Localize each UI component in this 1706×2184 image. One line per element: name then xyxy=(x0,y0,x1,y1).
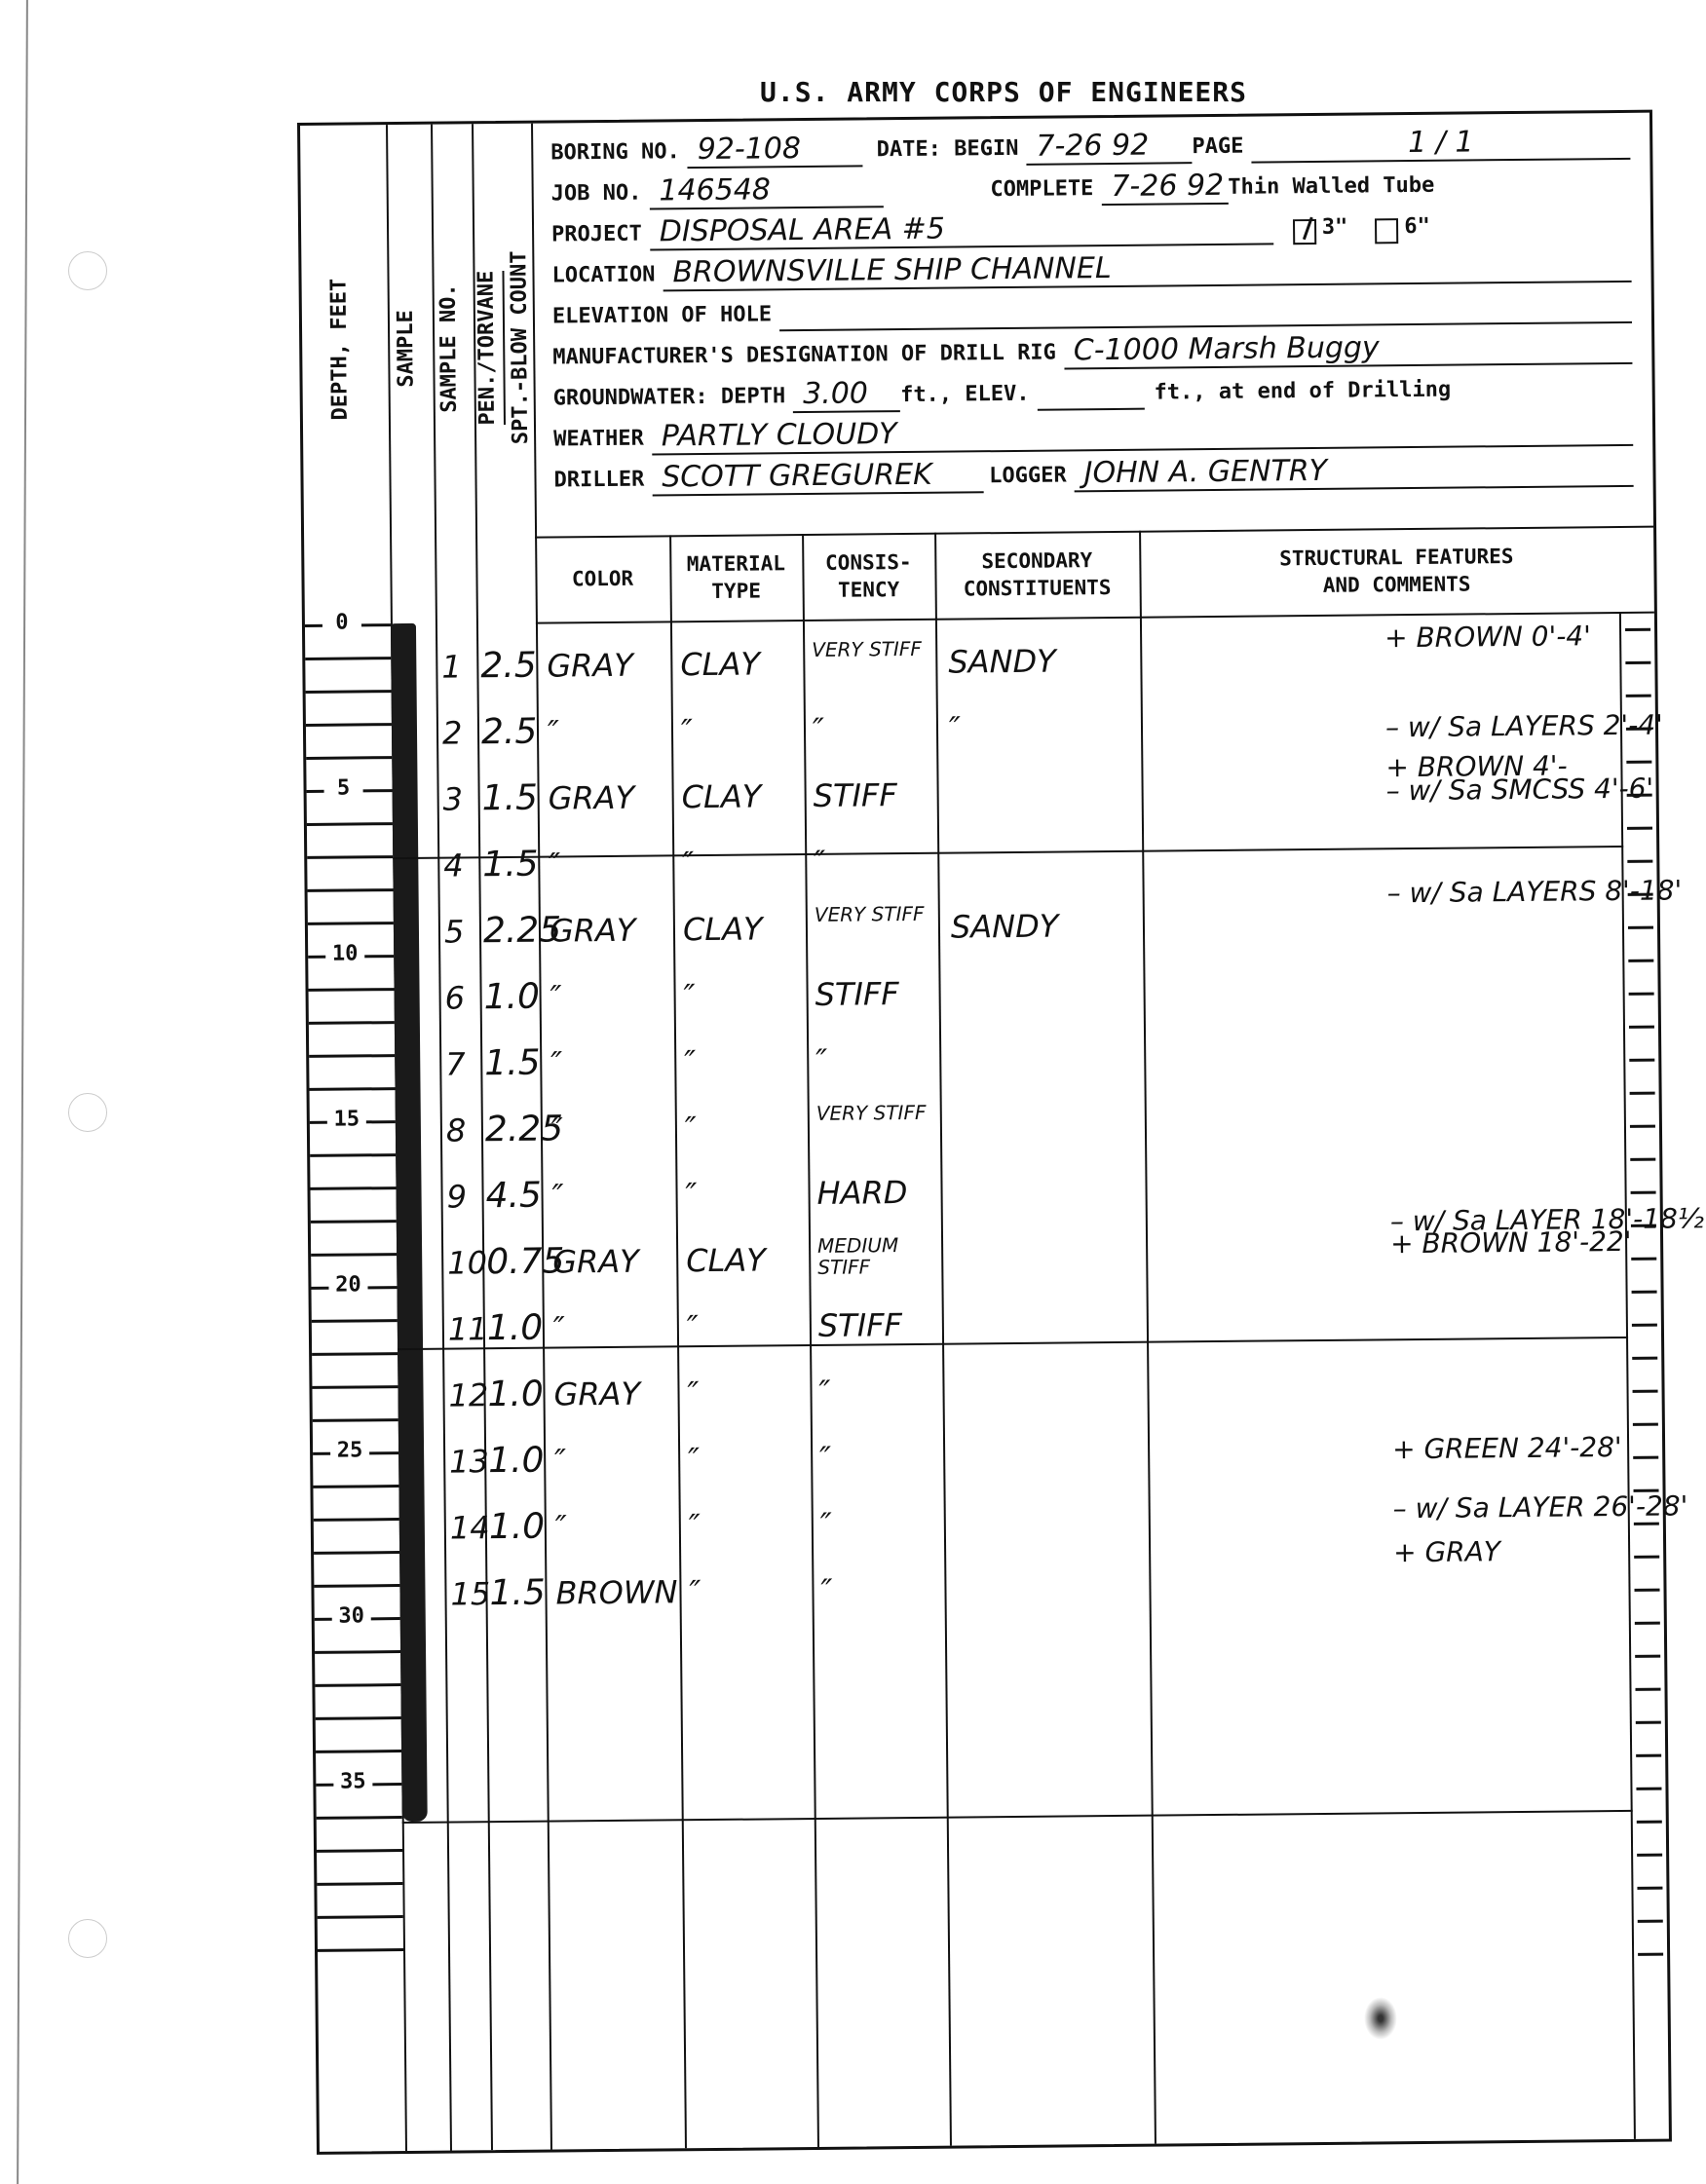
boring-no-label: BORING NO. xyxy=(550,135,688,169)
color-cell: BROWN xyxy=(555,1575,677,1609)
pen-value-cell: 1.0 xyxy=(488,1445,545,1479)
color-cell: ″ xyxy=(548,715,559,748)
depth-scale: 05101520253035 xyxy=(305,623,405,2152)
right-depth-tick xyxy=(1632,1357,1657,1360)
material-cell: ″ xyxy=(685,1178,697,1211)
pen-value-cell: 1.5 xyxy=(489,1577,546,1611)
depth-tick xyxy=(317,1882,402,1886)
depth-tick xyxy=(318,1915,403,1919)
date-complete-field[interactable]: 7-26 92 xyxy=(1101,169,1228,206)
consistency-cell: ″ xyxy=(820,1508,832,1541)
right-depth-tick xyxy=(1637,1821,1662,1824)
right-depth-tick xyxy=(1638,1953,1663,1956)
project-field[interactable]: DISPOSAL AREA #5 xyxy=(650,209,1273,250)
consistency-header-line2: TENCY xyxy=(802,576,934,604)
material-cell: ″ xyxy=(688,1443,700,1476)
drill-rig-field[interactable]: C-1000 Marsh Buggy xyxy=(1064,329,1633,370)
right-depth-tick xyxy=(1627,860,1652,863)
consistency-cell: STIFF xyxy=(815,977,898,1011)
material-type-column-header: MATERIAL TYPE xyxy=(669,534,805,622)
material-cell: ″ xyxy=(687,1376,699,1410)
pen-value-cell: 1.5 xyxy=(482,848,539,883)
complete-label: COMPLETE xyxy=(990,172,1101,207)
sample-no-cell: 12 xyxy=(448,1378,488,1412)
job-no-label: JOB NO. xyxy=(551,177,650,211)
depth-tick-label: 20 xyxy=(328,1272,367,1297)
depth-tick xyxy=(307,822,393,826)
right-depth-tick xyxy=(1633,1390,1658,1393)
right-depth-tick xyxy=(1636,1721,1661,1724)
right-depth-tick xyxy=(1634,1523,1659,1525)
right-depth-tick xyxy=(1633,1423,1658,1426)
structural-comment: – w/ Sa LAYER 26'-28' xyxy=(1393,1492,1688,1525)
color-column-header: COLOR xyxy=(535,535,672,623)
consistency-cell: VERY STIFF xyxy=(812,638,929,660)
consistency-column-header: CONSIS- TENCY xyxy=(802,533,937,621)
depth-tick xyxy=(309,1021,395,1025)
depth-tick xyxy=(314,1584,399,1588)
driller-label: DRILLER xyxy=(553,464,652,498)
sample-no-cell: 14 xyxy=(450,1511,490,1544)
depth-tick-label: 0 xyxy=(322,610,361,634)
structural-comment: – w/ Sa LAYERS 8'-18' xyxy=(1387,876,1683,908)
page-label: PAGE xyxy=(1192,131,1251,165)
consistency-cell: HARD xyxy=(816,1176,907,1210)
depth-tick xyxy=(315,1650,400,1654)
right-depth-tick xyxy=(1627,827,1652,830)
color-cell: GRAY xyxy=(547,649,633,683)
punch-hole-icon xyxy=(68,1093,107,1132)
structural-comment: + BROWN 0'-4' xyxy=(1384,621,1591,653)
right-depth-tick xyxy=(1630,1125,1655,1128)
material-header-line1: MATERIAL xyxy=(669,549,802,578)
right-depth-tick xyxy=(1637,1887,1662,1890)
groundwater-elev-label: ft., ELEV. xyxy=(900,378,1038,412)
sample-no-cell: 9 xyxy=(446,1180,467,1213)
pen-value-cell: 4.5 xyxy=(485,1180,542,1214)
right-depth-tick xyxy=(1635,1622,1660,1625)
depth-tick xyxy=(312,1385,398,1389)
consistency-cell: VERY STIFF xyxy=(816,1102,933,1124)
consistency-cell: ″ xyxy=(815,1044,827,1077)
right-depth-tick xyxy=(1633,1456,1658,1459)
right-depth-tick xyxy=(1636,1788,1661,1790)
secondary-cell: SANDY xyxy=(948,645,1056,679)
depth-tick-label: 30 xyxy=(332,1603,371,1628)
right-depth-tick xyxy=(1630,1158,1655,1161)
depth-tick xyxy=(310,1186,396,1190)
sample-no-cell: 7 xyxy=(445,1047,466,1080)
right-depth-tick xyxy=(1635,1688,1660,1691)
depth-tick-label: 15 xyxy=(327,1107,366,1131)
color-cell: ″ xyxy=(551,1179,563,1212)
right-depth-tick xyxy=(1629,1059,1654,1062)
logger-label: LOGGER xyxy=(989,459,1075,493)
color-cell: ″ xyxy=(549,847,560,881)
depth-tick xyxy=(312,1352,398,1356)
consistency-cell: ″ xyxy=(813,713,824,746)
form-header: BORING NO. 92-108 DATE: BEGIN 7-26 92 PA… xyxy=(531,113,1653,539)
pen-value-cell: 1.0 xyxy=(487,1312,544,1346)
sample-no-cell: 2 xyxy=(442,716,463,749)
material-cell: ″ xyxy=(684,1045,696,1078)
sample-no-cell: 4 xyxy=(443,848,464,882)
structural-comment: + BROWN 18'-22' xyxy=(1390,1227,1632,1259)
structural-header-line2: AND COMMENTS xyxy=(1139,569,1653,601)
color-header-text: COLOR xyxy=(535,564,669,592)
color-cell: ″ xyxy=(555,1510,567,1543)
structural-comment: – w/ Sa LAYERS 2'-4' xyxy=(1385,711,1663,743)
tube-3in-label: 3" xyxy=(1322,211,1356,245)
depth-tick xyxy=(317,1849,402,1853)
location-label: LOCATION xyxy=(551,258,663,292)
consistency-cell: ″ xyxy=(818,1375,830,1409)
logger-field[interactable]: JOHN A. GENTRY xyxy=(1075,452,1634,493)
material-cell: ″ xyxy=(685,1111,697,1145)
right-depth-tick xyxy=(1628,960,1653,962)
right-depth-tick xyxy=(1636,1754,1661,1757)
structural-comment: + GREEN 24'-28' xyxy=(1392,1433,1622,1464)
sample-no-cell: 13 xyxy=(449,1445,489,1478)
right-depth-tick xyxy=(1632,1291,1657,1294)
date-begin-label: DATE: BEGIN xyxy=(877,132,1027,167)
spt-blow-count-label: SPT.-BLOW COUNT xyxy=(507,250,533,444)
depth-tick-label: 5 xyxy=(323,775,362,800)
depth-tick xyxy=(308,888,394,892)
elevation-label: ELEVATION OF HOLE xyxy=(552,298,779,333)
secondary-header-line2: CONSTITUENTS xyxy=(934,574,1139,603)
secondary-column xyxy=(935,617,1156,2146)
right-depth-tick xyxy=(1632,1324,1657,1327)
depth-tick xyxy=(313,1418,398,1422)
material-cell: CLAY xyxy=(680,647,760,681)
material-cell: CLAY xyxy=(683,912,763,946)
project-label: PROJECT xyxy=(551,218,650,252)
depth-tick xyxy=(316,1750,401,1753)
consistency-header-line1: CONSIS- xyxy=(802,548,934,577)
groundwater-depth-field[interactable]: 3.00 xyxy=(793,377,900,413)
right-depth-tick xyxy=(1631,1258,1656,1261)
consistency-cell: STIFF xyxy=(813,778,896,812)
depth-tick xyxy=(311,1253,397,1257)
pen-value-cell: 1.0 xyxy=(483,981,540,1015)
pen-value-cell: 1.0 xyxy=(489,1511,546,1545)
right-depth-tick xyxy=(1626,695,1651,697)
consistency-cell: MEDIUM STIFF xyxy=(817,1234,934,1278)
pen-value-cell: 1.0 xyxy=(487,1378,544,1412)
structural-comment: – w/ Sa SMCSS 4'-6' xyxy=(1385,773,1653,806)
right-depth-tick xyxy=(1631,1191,1656,1194)
color-cell: ″ xyxy=(551,1112,563,1146)
depth-feet-label: DEPTH, FEET xyxy=(325,164,368,534)
depth-tick xyxy=(306,756,392,760)
sample-no-cell: 8 xyxy=(446,1113,467,1147)
sample-no-cell: 11 xyxy=(448,1312,488,1345)
material-cell: CLAY xyxy=(686,1243,766,1277)
depth-tick xyxy=(307,855,393,859)
consistency-cell: VERY STIFF xyxy=(815,903,931,925)
pen-value-cell: 1.5 xyxy=(484,1047,541,1081)
sample-no-cell: 5 xyxy=(444,915,465,948)
depth-tick xyxy=(317,1816,402,1820)
right-depth-tick xyxy=(1635,1655,1660,1658)
secondary-cell: ″ xyxy=(949,711,961,744)
depth-tick xyxy=(308,922,394,925)
right-depth-tick xyxy=(1625,628,1650,631)
material-header-line2: TYPE xyxy=(670,577,803,605)
page-field[interactable]: 1 / 1 xyxy=(1251,125,1630,164)
color-cell: ″ xyxy=(550,1046,562,1079)
right-depth-tick xyxy=(1629,993,1654,996)
depth-tick xyxy=(315,1683,400,1687)
depth-tick-label: 25 xyxy=(330,1438,369,1462)
depth-tick xyxy=(318,1948,403,1952)
material-cell: ″ xyxy=(682,847,694,880)
material-cell: ″ xyxy=(689,1509,701,1542)
material-cell: ″ xyxy=(683,979,695,1012)
right-depth-tick xyxy=(1629,1026,1654,1029)
structural-features-column-header: STRUCTURAL FEATURES AND COMMENTS xyxy=(1139,526,1654,619)
sample-no-cell: 10 xyxy=(447,1246,487,1279)
sample-no-cell: 3 xyxy=(443,782,464,815)
tube-6in-label: 6" xyxy=(1404,210,1438,244)
color-cell: GRAY xyxy=(553,1377,640,1412)
right-depth-scale xyxy=(1619,612,1669,2139)
consistency-cell: STIFF xyxy=(818,1308,902,1342)
depth-tick xyxy=(310,1153,396,1157)
punch-hole-icon xyxy=(68,1919,107,1958)
color-cell: GRAY xyxy=(550,914,636,948)
consistency-cell: ″ xyxy=(819,1442,831,1475)
material-cell: ″ xyxy=(689,1575,701,1608)
pen-value-cell: 2.5 xyxy=(480,650,537,684)
depth-tick xyxy=(305,657,391,660)
color-cell: ″ xyxy=(553,1311,565,1344)
date-begin-field[interactable]: 7-26 92 xyxy=(1026,129,1192,166)
depth-tick xyxy=(309,1054,395,1058)
pen-value-cell: 1.5 xyxy=(482,782,539,816)
secondary-constituents-column-header: SECONDARY CONSTITUENTS xyxy=(934,531,1142,621)
driller-field[interactable]: SCOTT GREGUREK xyxy=(652,458,983,496)
color-cell: ″ xyxy=(554,1444,566,1477)
punch-hole-icon xyxy=(68,251,107,290)
right-depth-tick xyxy=(1637,1854,1662,1857)
groundwater-suffix-label: ft., at end of Drilling xyxy=(1154,374,1459,410)
sample-no-cell: 15 xyxy=(450,1577,490,1610)
boring-no-field[interactable]: 92-108 xyxy=(688,132,863,169)
color-cell: GRAY xyxy=(549,781,635,815)
depth-tick xyxy=(314,1551,399,1555)
tube-3in-checkbox[interactable] xyxy=(1293,219,1316,245)
sample-label: SAMPLE xyxy=(392,164,435,534)
depth-tick xyxy=(314,1518,399,1522)
weather-label: WEATHER xyxy=(553,423,652,457)
drill-rig-label: MANUFACTURER'S DESIGNATION OF DRILL RIG xyxy=(552,336,1064,374)
tube-6in-checkbox[interactable] xyxy=(1375,218,1398,244)
depth-tick xyxy=(312,1319,398,1323)
depth-tick xyxy=(311,1220,397,1224)
depth-tick xyxy=(309,988,395,992)
consistency-cell: ″ xyxy=(814,846,825,879)
boring-log-form: DEPTH, FEET SAMPLE SAMPLE NO. PEN./TORVA… xyxy=(297,110,1672,2155)
right-depth-tick xyxy=(1634,1556,1659,1559)
pen-torvane-label: PEN./TORVANE xyxy=(471,270,506,425)
sample-no-cell: 1 xyxy=(441,650,462,683)
depth-tick xyxy=(306,690,392,694)
job-no-field[interactable]: 146548 xyxy=(649,172,883,209)
organization-title: U.S. ARMY CORPS OF ENGINEERS xyxy=(760,76,1247,108)
color-cell: GRAY xyxy=(552,1245,639,1279)
depth-tick xyxy=(313,1485,398,1488)
right-depth-tick xyxy=(1628,926,1653,929)
depth-tick-label: 35 xyxy=(333,1769,372,1793)
depth-tick xyxy=(310,1087,396,1091)
right-depth-tick xyxy=(1638,1920,1663,1923)
thin-walled-tube-label: Thin Walled Tube xyxy=(1228,169,1442,205)
groundwater-label: GROUNDWATER: DEPTH xyxy=(553,380,794,415)
depth-tick-label: 10 xyxy=(325,941,364,965)
material-cell: ″ xyxy=(681,714,693,747)
color-cell: ″ xyxy=(550,980,561,1013)
right-depth-tick xyxy=(1626,761,1651,764)
depth-tick xyxy=(306,723,392,727)
sample-no-cell: 6 xyxy=(444,981,465,1014)
depth-tick xyxy=(316,1716,401,1720)
right-depth-tick xyxy=(1625,661,1650,664)
right-depth-tick xyxy=(1630,1092,1655,1095)
secondary-header-line1: SECONDARY xyxy=(934,546,1139,576)
groundwater-elev-field[interactable] xyxy=(1038,408,1145,411)
pen-value-cell: 2.5 xyxy=(481,716,538,750)
material-cell: ″ xyxy=(687,1310,699,1343)
consistency-cell: ″ xyxy=(820,1574,832,1607)
page-margin-line xyxy=(17,0,28,2184)
secondary-cell: SANDY xyxy=(951,910,1059,944)
structural-comment: + GRAY xyxy=(1393,1537,1500,1567)
material-cell: CLAY xyxy=(681,779,761,813)
right-depth-tick xyxy=(1635,1589,1660,1592)
scan-smudge xyxy=(1364,1997,1397,2040)
